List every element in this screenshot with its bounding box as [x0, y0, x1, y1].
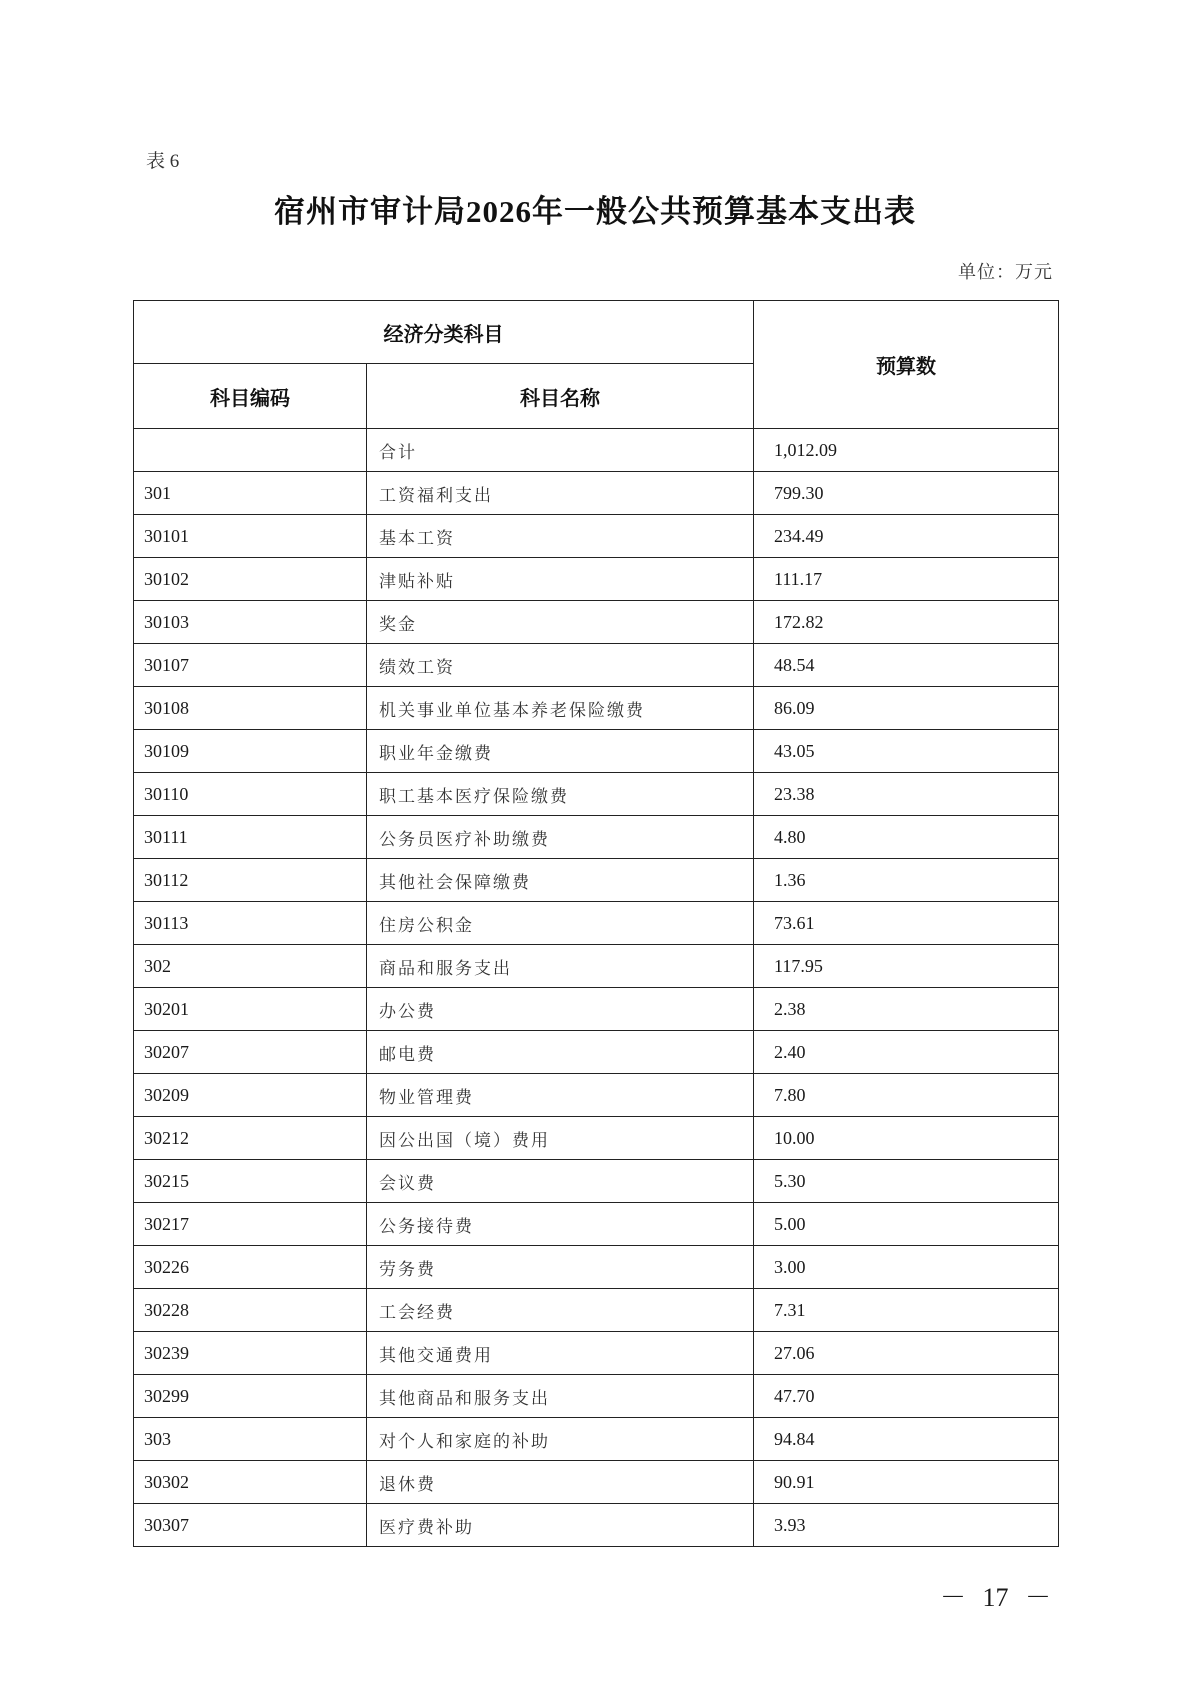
cell-name: 公务员医疗补助缴费 [367, 816, 754, 859]
cell-amount: 90.91 [754, 1461, 1059, 1504]
cell-name: 奖金 [367, 601, 754, 644]
table-row: 30239其他交通费用27.06 [134, 1332, 1059, 1375]
cell-name: 其他交通费用 [367, 1332, 754, 1375]
table-row: 30215会议费5.30 [134, 1160, 1059, 1203]
table-row: 30212因公出国（境）费用10.00 [134, 1117, 1059, 1160]
header-name: 科目名称 [367, 364, 754, 429]
table-row: 30113住房公积金73.61 [134, 902, 1059, 945]
cell-code: 30212 [134, 1117, 367, 1160]
cell-amount: 111.17 [754, 558, 1059, 601]
cell-name: 其他商品和服务支出 [367, 1375, 754, 1418]
cell-amount: 43.05 [754, 730, 1059, 773]
table-row: 30111公务员医疗补助缴费4.80 [134, 816, 1059, 859]
header-budget-amount: 预算数 [754, 301, 1059, 429]
table-label: 表 6 [146, 146, 179, 173]
cell-amount: 1.36 [754, 859, 1059, 902]
cell-amount: 23.38 [754, 773, 1059, 816]
cell-code: 30299 [134, 1375, 367, 1418]
cell-code: 30103 [134, 601, 367, 644]
table-row: 30207邮电费2.40 [134, 1031, 1059, 1074]
cell-amount: 73.61 [754, 902, 1059, 945]
cell-name: 物业管理费 [367, 1074, 754, 1117]
cell-code: 30109 [134, 730, 367, 773]
cell-name: 职工基本医疗保险缴费 [367, 773, 754, 816]
cell-code: 302 [134, 945, 367, 988]
table-row: 302商品和服务支出117.95 [134, 945, 1059, 988]
cell-amount: 10.00 [754, 1117, 1059, 1160]
cell-amount: 86.09 [754, 687, 1059, 730]
cell-code: 30217 [134, 1203, 367, 1246]
cell-name: 津贴补贴 [367, 558, 754, 601]
header-economic-category: 经济分类科目 [134, 301, 754, 364]
cell-code: 30107 [134, 644, 367, 687]
table-row: 30217公务接待费5.00 [134, 1203, 1059, 1246]
cell-amount: 47.70 [754, 1375, 1059, 1418]
cell-code: 30207 [134, 1031, 367, 1074]
cell-amount: 5.30 [754, 1160, 1059, 1203]
table-row: 合计1,012.09 [134, 429, 1059, 472]
cell-amount: 172.82 [754, 601, 1059, 644]
table-row: 303对个人和家庭的补助94.84 [134, 1418, 1059, 1461]
cell-name: 住房公积金 [367, 902, 754, 945]
cell-name: 对个人和家庭的补助 [367, 1418, 754, 1461]
table-row: 30228工会经费7.31 [134, 1289, 1059, 1332]
cell-name: 医疗费补助 [367, 1504, 754, 1547]
cell-amount: 799.30 [754, 472, 1059, 515]
cell-code: 30110 [134, 773, 367, 816]
table-row: 30109职业年金缴费43.05 [134, 730, 1059, 773]
cell-name: 劳务费 [367, 1246, 754, 1289]
cell-name: 机关事业单位基本养老保险缴费 [367, 687, 754, 730]
cell-name: 商品和服务支出 [367, 945, 754, 988]
cell-name: 合计 [367, 429, 754, 472]
page-title: 宿州市审计局2026年一般公共预算基本支出表 [0, 186, 1190, 231]
cell-code: 30108 [134, 687, 367, 730]
cell-code: 30101 [134, 515, 367, 558]
cell-name: 邮电费 [367, 1031, 754, 1074]
cell-code: 30226 [134, 1246, 367, 1289]
cell-code: 30228 [134, 1289, 367, 1332]
cell-amount: 234.49 [754, 515, 1059, 558]
table-body: 合计1,012.09301工资福利支出799.3030101基本工资234.49… [134, 429, 1059, 1547]
cell-amount: 5.00 [754, 1203, 1059, 1246]
cell-code: 30215 [134, 1160, 367, 1203]
cell-amount: 1,012.09 [754, 429, 1059, 472]
cell-code: 303 [134, 1418, 367, 1461]
cell-name: 因公出国（境）费用 [367, 1117, 754, 1160]
cell-name: 公务接待费 [367, 1203, 754, 1246]
cell-name: 办公费 [367, 988, 754, 1031]
cell-amount: 27.06 [754, 1332, 1059, 1375]
cell-code: 30112 [134, 859, 367, 902]
cell-code [134, 429, 367, 472]
cell-name: 退休费 [367, 1461, 754, 1504]
table-row: 30102津贴补贴111.17 [134, 558, 1059, 601]
cell-amount: 7.31 [754, 1289, 1059, 1332]
cell-amount: 2.38 [754, 988, 1059, 1031]
table-row: 30103奖金172.82 [134, 601, 1059, 644]
table-row: 301工资福利支出799.30 [134, 472, 1059, 515]
page-number: － 17 － [940, 1577, 1051, 1614]
table-row: 30209物业管理费7.80 [134, 1074, 1059, 1117]
cell-code: 30302 [134, 1461, 367, 1504]
cell-code: 30111 [134, 816, 367, 859]
table-row: 30302退休费90.91 [134, 1461, 1059, 1504]
cell-code: 30307 [134, 1504, 367, 1547]
table-row: 30112其他社会保障缴费1.36 [134, 859, 1059, 902]
cell-amount: 3.93 [754, 1504, 1059, 1547]
table-row: 30108机关事业单位基本养老保险缴费86.09 [134, 687, 1059, 730]
cell-code: 30201 [134, 988, 367, 1031]
header-row-group: 经济分类科目 预算数 [134, 301, 1059, 364]
cell-amount: 94.84 [754, 1418, 1059, 1461]
cell-name: 会议费 [367, 1160, 754, 1203]
table-row: 30307医疗费补助3.93 [134, 1504, 1059, 1547]
header-code: 科目编码 [134, 364, 367, 429]
cell-amount: 3.00 [754, 1246, 1059, 1289]
cell-name: 绩效工资 [367, 644, 754, 687]
cell-name: 基本工资 [367, 515, 754, 558]
table-row: 30110职工基本医疗保险缴费23.38 [134, 773, 1059, 816]
cell-amount: 117.95 [754, 945, 1059, 988]
table-row: 30226劳务费3.00 [134, 1246, 1059, 1289]
table-row: 30299其他商品和服务支出47.70 [134, 1375, 1059, 1418]
table-row: 30101基本工资234.49 [134, 515, 1059, 558]
cell-amount: 4.80 [754, 816, 1059, 859]
cell-name: 职业年金缴费 [367, 730, 754, 773]
cell-amount: 7.80 [754, 1074, 1059, 1117]
unit-label: 单位：万元 [958, 258, 1053, 284]
cell-code: 30102 [134, 558, 367, 601]
cell-code: 30239 [134, 1332, 367, 1375]
cell-amount: 2.40 [754, 1031, 1059, 1074]
cell-name: 其他社会保障缴费 [367, 859, 754, 902]
table-row: 30107绩效工资48.54 [134, 644, 1059, 687]
table-row: 30201办公费2.38 [134, 988, 1059, 1031]
cell-name: 工资福利支出 [367, 472, 754, 515]
cell-code: 30209 [134, 1074, 367, 1117]
cell-name: 工会经费 [367, 1289, 754, 1332]
cell-amount: 48.54 [754, 644, 1059, 687]
budget-table: 经济分类科目 预算数 科目编码 科目名称 合计1,012.09301工资福利支出… [133, 300, 1059, 1547]
cell-code: 30113 [134, 902, 367, 945]
cell-code: 301 [134, 472, 367, 515]
